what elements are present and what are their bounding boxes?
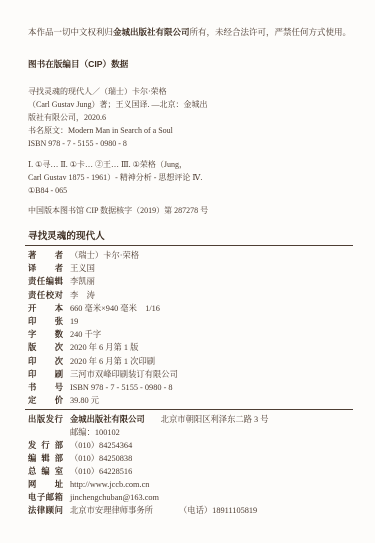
rights-notice: 本作品一切中文权利归金城出版社有限公司所有，未经合法许可，严禁任何方式使用。: [28, 27, 353, 38]
cip-record-line: 书名原文：Modern Man in Search of a Soul: [28, 124, 353, 137]
detail-label: 书号: [28, 381, 63, 394]
detail-row-sheets: 印张19: [28, 315, 353, 328]
detail-value: 39.80 元: [70, 394, 99, 407]
detail-label: 责任校对: [28, 289, 63, 302]
cip-record-line: 寻找灵魂的现代人／（瑞士）卡尔·荣格: [28, 85, 353, 98]
detail-row-edition: 版次2020 年 6 月第 1 版: [28, 341, 353, 354]
detail-row-format: 开本660 毫米×940 毫米 1/16: [28, 302, 353, 315]
detail-value: 王义国: [70, 262, 95, 275]
detail-value: 240 千字: [70, 328, 101, 341]
detail-value: 19: [70, 315, 78, 328]
cip-classification-block: Ⅰ. ①寻… Ⅱ. ①卡… ②王… Ⅲ. ①荣格（Jung， Carl Gust…: [28, 158, 353, 197]
contact-row-email: 电子邮箱jinchengchuban@163.com: [28, 491, 353, 504]
detail-value: ISBN 978 - 7 - 5155 - 0980 - 8: [70, 381, 173, 394]
detail-label: 版次: [28, 341, 63, 354]
contact-value: （010）64228516: [70, 465, 132, 478]
contact-label: 出版发行: [28, 413, 63, 426]
contact-label: 网址: [28, 478, 63, 491]
detail-label: 印刷: [28, 368, 63, 381]
contact-row-chief-editor-office: 总编室（010）64228516: [28, 465, 353, 478]
contact-value: （010）84254364: [70, 439, 132, 452]
law-firm-name: 北京市安理律师事务所: [70, 504, 153, 517]
contact-label: 法律顾问: [28, 504, 63, 517]
detail-row-isbn: 书号ISBN 978 - 7 - 5155 - 0980 - 8: [28, 381, 353, 394]
contact-row-editorial-dept: 编辑部（010）84250838: [28, 452, 353, 465]
cip-data-heading: 图书在版编目（CIP）数据: [28, 59, 353, 70]
contact-label: 编辑部: [28, 452, 63, 465]
detail-label: 著者: [28, 249, 63, 262]
email-address: jinchengchuban@163.com: [70, 491, 159, 504]
cip-record-block: 寻找灵魂的现代人／（瑞士）卡尔·荣格 （Carl Gustav Jung）著；王…: [28, 85, 353, 150]
detail-value: 李 涛: [70, 289, 95, 302]
contact-row-publisher: 出版发行金城出版社有限公司北京市朝阳区利泽东二路 3 号: [28, 413, 353, 426]
detail-label: 印张: [28, 315, 63, 328]
publisher-contact-block: 出版发行金城出版社有限公司北京市朝阳区利泽东二路 3 号 邮编：100102 发…: [28, 413, 353, 517]
detail-row-author: 著者（瑞士）卡尔·荣格: [28, 249, 353, 262]
detail-row-price: 定价39.80 元: [28, 394, 353, 407]
publisher-address: 北京市朝阳区利泽东二路 3 号: [161, 413, 269, 426]
classification-line: Ⅰ. ①寻… Ⅱ. ①卡… ②王… Ⅲ. ①荣格（Jung，: [28, 158, 353, 171]
classification-line: Carl Gustav 1875 - 1961）- 精神分析 - 思想评论 Ⅳ.: [28, 171, 353, 184]
contact-row-distribution-dept: 发行部（010）84254364: [28, 439, 353, 452]
detail-label: 译者: [28, 262, 63, 275]
divider-rule-bottom: [25, 409, 353, 410]
detail-row-printer: 印刷三河市双峰印刷装订有限公司: [28, 368, 353, 381]
detail-value: 李凯丽: [70, 275, 95, 288]
contact-row-postcode: 邮编：100102: [28, 426, 353, 439]
contact-label: 总编室: [28, 465, 63, 478]
detail-label: 责任编辑: [28, 275, 63, 288]
detail-row-editor: 责任编辑李凯丽: [28, 275, 353, 288]
detail-row-proofreader: 责任校对李 涛: [28, 289, 353, 302]
website-url: http://www.jccb.com.cn: [70, 478, 149, 491]
rights-notice-publisher: 金城出版社有限公司: [113, 27, 190, 37]
detail-value: （瑞士）卡尔·荣格: [70, 249, 139, 262]
contact-value: （010）84250838: [70, 452, 132, 465]
detail-value: 三河市双峰印刷装订有限公司: [70, 368, 178, 381]
postcode-value: 邮编：100102: [70, 426, 120, 439]
book-title: 寻找灵魂的现代人: [28, 231, 353, 243]
rights-notice-suffix: 所有，未经合法许可，严禁任何方式使用。: [190, 27, 352, 37]
cip-record-line: （Carl Gustav Jung）著；王义国译. —北京：金城出: [28, 98, 353, 111]
detail-row-printing: 印次2020 年 6 月第 1 次印刷: [28, 355, 353, 368]
publisher-name: 金城出版社有限公司: [70, 413, 145, 426]
law-firm-phone: （电话）18911105819: [179, 504, 257, 517]
contact-label: 发行部: [28, 439, 63, 452]
divider-rule-top: [25, 245, 353, 246]
detail-value: 660 毫米×940 毫米 1/16: [70, 302, 160, 315]
book-details-table: 著者（瑞士）卡尔·荣格 译者王义国 责任编辑李凯丽 责任校对李 涛 开本660 …: [28, 249, 353, 407]
detail-label: 印次: [28, 355, 63, 368]
contact-label: 电子邮箱: [28, 491, 63, 504]
contact-row-website: 网址http://www.jccb.com.cn: [28, 478, 353, 491]
classification-line: ①B84 - 065: [28, 184, 353, 197]
copyright-page: 本作品一切中文权利归金城出版社有限公司所有，未经合法许可，严禁任何方式使用。 图…: [0, 0, 375, 543]
rights-notice-prefix: 本作品一切中文权利归: [28, 27, 113, 37]
detail-value: 2020 年 6 月第 1 次印刷: [70, 355, 155, 368]
cip-record-number: 中国版本图书馆 CIP 数据核字（2019）第 287278 号: [28, 204, 353, 217]
cip-record-line: ISBN 978 - 7 - 5155 - 0980 - 8: [28, 137, 353, 150]
detail-label: 字数: [28, 328, 63, 341]
detail-row-wordcount: 字数240 千字: [28, 328, 353, 341]
contact-row-legal-counsel: 法律顾问北京市安理律师事务所（电话）18911105819: [28, 504, 353, 517]
detail-value: 2020 年 6 月第 1 版: [70, 341, 138, 354]
cip-record-line: 版社有限公司，2020.6: [28, 111, 353, 124]
detail-label: 定价: [28, 394, 63, 407]
detail-row-translator: 译者王义国: [28, 262, 353, 275]
detail-label: 开本: [28, 302, 63, 315]
